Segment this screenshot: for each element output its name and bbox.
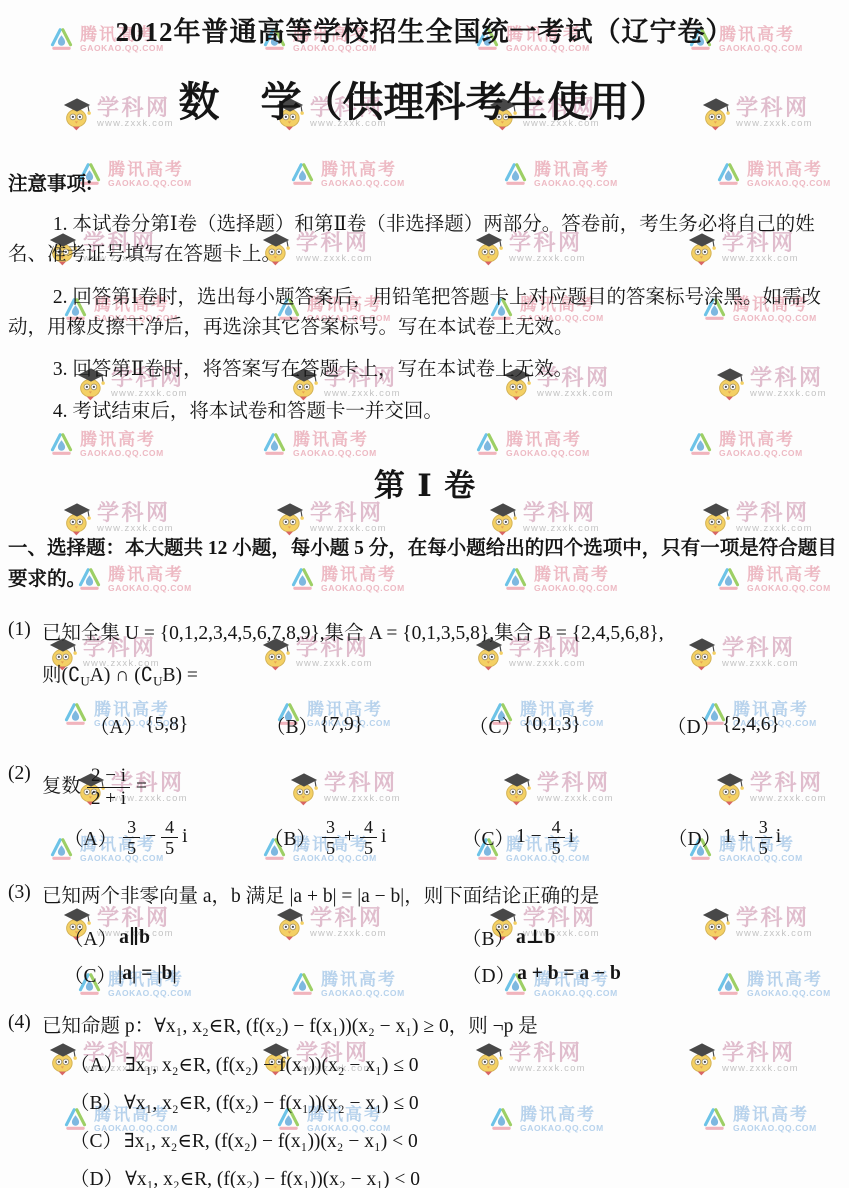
- fraction: 35: [123, 817, 140, 858]
- question-stem: 复数 2 − i2 + i =: [42, 765, 841, 809]
- option-label: （B）: [266, 711, 318, 739]
- option: （C）∃x₁, x₂∈R, (f(x₂) − f(x₁))(x₂ − x₁) <…: [70, 1127, 841, 1156]
- fraction-numerator: 2 − i: [87, 765, 130, 786]
- option-label: （B）: [462, 923, 514, 951]
- option-label: （A）: [90, 711, 143, 739]
- exam-subtitle: 数 学（供理科考生使用）: [8, 77, 841, 128]
- fraction: 45: [161, 817, 178, 858]
- fraction: 45: [360, 817, 377, 858]
- option-tail: i: [776, 826, 781, 848]
- notice-item-2: 2. 回答第Ⅰ卷时，选出每小题答案后，用铅笔把答题卡上对应题目的答案标号涂黑。如…: [8, 283, 841, 343]
- question-number: (3): [8, 882, 42, 988]
- option-tail: i: [569, 826, 574, 848]
- question-stem: 已知两个非零向量 a，b 满足 |a + b| = |a − b|，则下面结论正…: [42, 882, 841, 911]
- option-prefix: 1 −: [516, 826, 542, 848]
- option-value: ∃x₁, x₂∈R, (f(x₂) − f(x₁))(x₂ − x₁) < 0: [124, 1131, 418, 1152]
- question-4: (4) 已知命题 p：∀x₁, x₂∈R, (f(x₂) − f(x₁))(x₂…: [8, 1012, 841, 1188]
- option: （C）|a| = |b|: [64, 960, 462, 988]
- option-label: （B）: [70, 1093, 122, 1114]
- option-label: （C）: [64, 960, 116, 988]
- option-value: {5,8}: [145, 714, 188, 736]
- question-stem: 已知命题 p：∀x₁, x₂∈R, (f(x₂) − f(x₁))(x₂ − x…: [42, 1012, 841, 1041]
- fraction: 45: [548, 817, 565, 858]
- option: （D）a + b = a − b: [462, 960, 621, 988]
- question-3: (3) 已知两个非零向量 a，b 满足 |a + b| = |a − b|，则下…: [8, 882, 841, 988]
- option-label: （D）: [462, 960, 515, 988]
- selection-instruction: 一、选择题：本大题共 12 小题，每小题 5 分，在每小题给出的四个选项中，只有…: [8, 533, 841, 595]
- option: （D）1 +35i: [668, 817, 781, 858]
- fraction: 35: [322, 817, 339, 858]
- options-row: （A）a∥b （B）a⊥b: [64, 923, 841, 951]
- option-value: a⊥b: [516, 925, 555, 949]
- stem-part: 则(∁: [42, 665, 80, 686]
- fraction: 35: [755, 817, 772, 858]
- option: （C）{0,1,3}: [469, 711, 667, 739]
- option-label: （D）: [70, 1169, 123, 1188]
- complement-subscript: U: [80, 674, 89, 689]
- question-1: (1) 已知全集 U = {0,1,2,3,4,5,6,7,8,9},集合 A …: [8, 619, 841, 739]
- question-number: (1): [8, 619, 42, 739]
- stem-part: 复数: [42, 772, 81, 801]
- option-value: ∀x₁, x₂∈R, (f(x₂) − f(x₁))(x₂ − x₁) < 0: [125, 1169, 420, 1188]
- question-stem: 已知全集 U = {0,1,2,3,4,5,6,7,8,9},集合 A = {0…: [42, 619, 841, 648]
- option: （B）∀x₁, x₂∈R, (f(x₂) − f(x₁))(x₂ − x₁) ≤…: [70, 1089, 841, 1118]
- option-value: {2,4,6}: [722, 714, 780, 736]
- question-number: (4): [8, 1012, 42, 1188]
- notice-heading: 注意事项:: [8, 168, 841, 196]
- question-2: (2) 复数 2 − i2 + i = （A）35−45i （B）35+45i …: [8, 763, 841, 858]
- option: （B）35+45i: [264, 817, 462, 858]
- option-value: a∥b: [119, 925, 150, 949]
- stem-part: =: [136, 772, 147, 801]
- option-label: （A）: [64, 923, 117, 951]
- option-label: （D）: [668, 823, 721, 851]
- option: （D）{2,4,6}: [667, 711, 780, 739]
- section-heading: 第Ⅰ卷: [8, 460, 841, 505]
- complement-subscript: U: [153, 674, 162, 689]
- option-value: ∀x₁, x₂∈R, (f(x₂) − f(x₁))(x₂ − x₁) ≤ 0: [124, 1093, 419, 1114]
- option: （B）{7,9}: [266, 711, 469, 739]
- notice-item-3: 3. 回答第Ⅱ卷时，将答案写在答题卡上，写在本试卷上无效。: [8, 355, 841, 385]
- option-label: （C）: [462, 823, 514, 851]
- notice-item-4: 4. 考试结束后，将本试卷和答题卡一并交回。: [8, 397, 841, 427]
- stem-part: A) ∩ (∁: [90, 665, 153, 686]
- option-tail: i: [381, 826, 386, 848]
- option: （C）1 −45i: [462, 817, 668, 858]
- question-stem-line2: 则(∁UA) ∩ (∁UB) =: [42, 661, 841, 691]
- option-value: {7,9}: [320, 714, 363, 736]
- option: （A）a∥b: [64, 923, 462, 951]
- options-row: （C）|a| = |b| （D）a + b = a − b: [64, 960, 841, 988]
- option: （A）{5,8}: [90, 711, 266, 739]
- option: （A）35−45i: [64, 817, 264, 858]
- option-label: （C）: [70, 1131, 122, 1152]
- option-value: ∃x₁, x₂∈R, (f(x₂) − f(x₁))(x₂ − x₁) ≤ 0: [125, 1055, 418, 1076]
- option: （D）∀x₁, x₂∈R, (f(x₂) − f(x₁))(x₂ − x₁) <…: [70, 1165, 841, 1188]
- operator: +: [344, 826, 355, 848]
- option: （A）∃x₁, x₂∈R, (f(x₂) − f(x₁))(x₂ − x₁) ≤…: [70, 1051, 841, 1080]
- page-title: 2012年普通高等学校招生全国统一考试（辽宁卷）: [8, 10, 841, 49]
- option-label: （B）: [264, 823, 316, 851]
- option-prefix: 1 +: [723, 826, 749, 848]
- options-row: （A）{5,8} （B）{7,9} （C）{0,1,3} （D）{2,4,6}: [90, 711, 841, 739]
- options-row: （A）35−45i （B）35+45i （C）1 −45i （D）1 +35i: [64, 817, 841, 858]
- operator: −: [145, 826, 156, 848]
- fraction: 2 − i2 + i: [87, 765, 130, 809]
- exam-paper-page: 腾讯高考 GAOKAO.QQ.COM 腾讯高考 GAOKAO.QQ.COM: [0, 0, 849, 1188]
- stem-part: B) =: [163, 665, 198, 686]
- notice-item-1: 1. 本试卷分第Ⅰ卷（选择题）和第Ⅱ卷（非选择题）两部分。答卷前，考生务必将自己…: [8, 210, 841, 270]
- option-tail: i: [182, 826, 187, 848]
- option-label: （C）: [469, 711, 521, 739]
- option-value: |a| = |b|: [118, 963, 177, 985]
- option-label: （A）: [64, 823, 117, 851]
- option-value: a + b = a − b: [517, 963, 621, 985]
- option: （B）a⊥b: [462, 923, 555, 951]
- option-value: {0,1,3}: [523, 714, 581, 736]
- fraction-denominator: 2 + i: [87, 787, 130, 809]
- option-label: （D）: [667, 711, 720, 739]
- option-label: （A）: [70, 1055, 123, 1076]
- question-number: (2): [8, 763, 42, 858]
- exam-content: 2012年普通高等学校招生全国统一考试（辽宁卷） 数 学（供理科考生使用） 注意…: [0, 0, 849, 1188]
